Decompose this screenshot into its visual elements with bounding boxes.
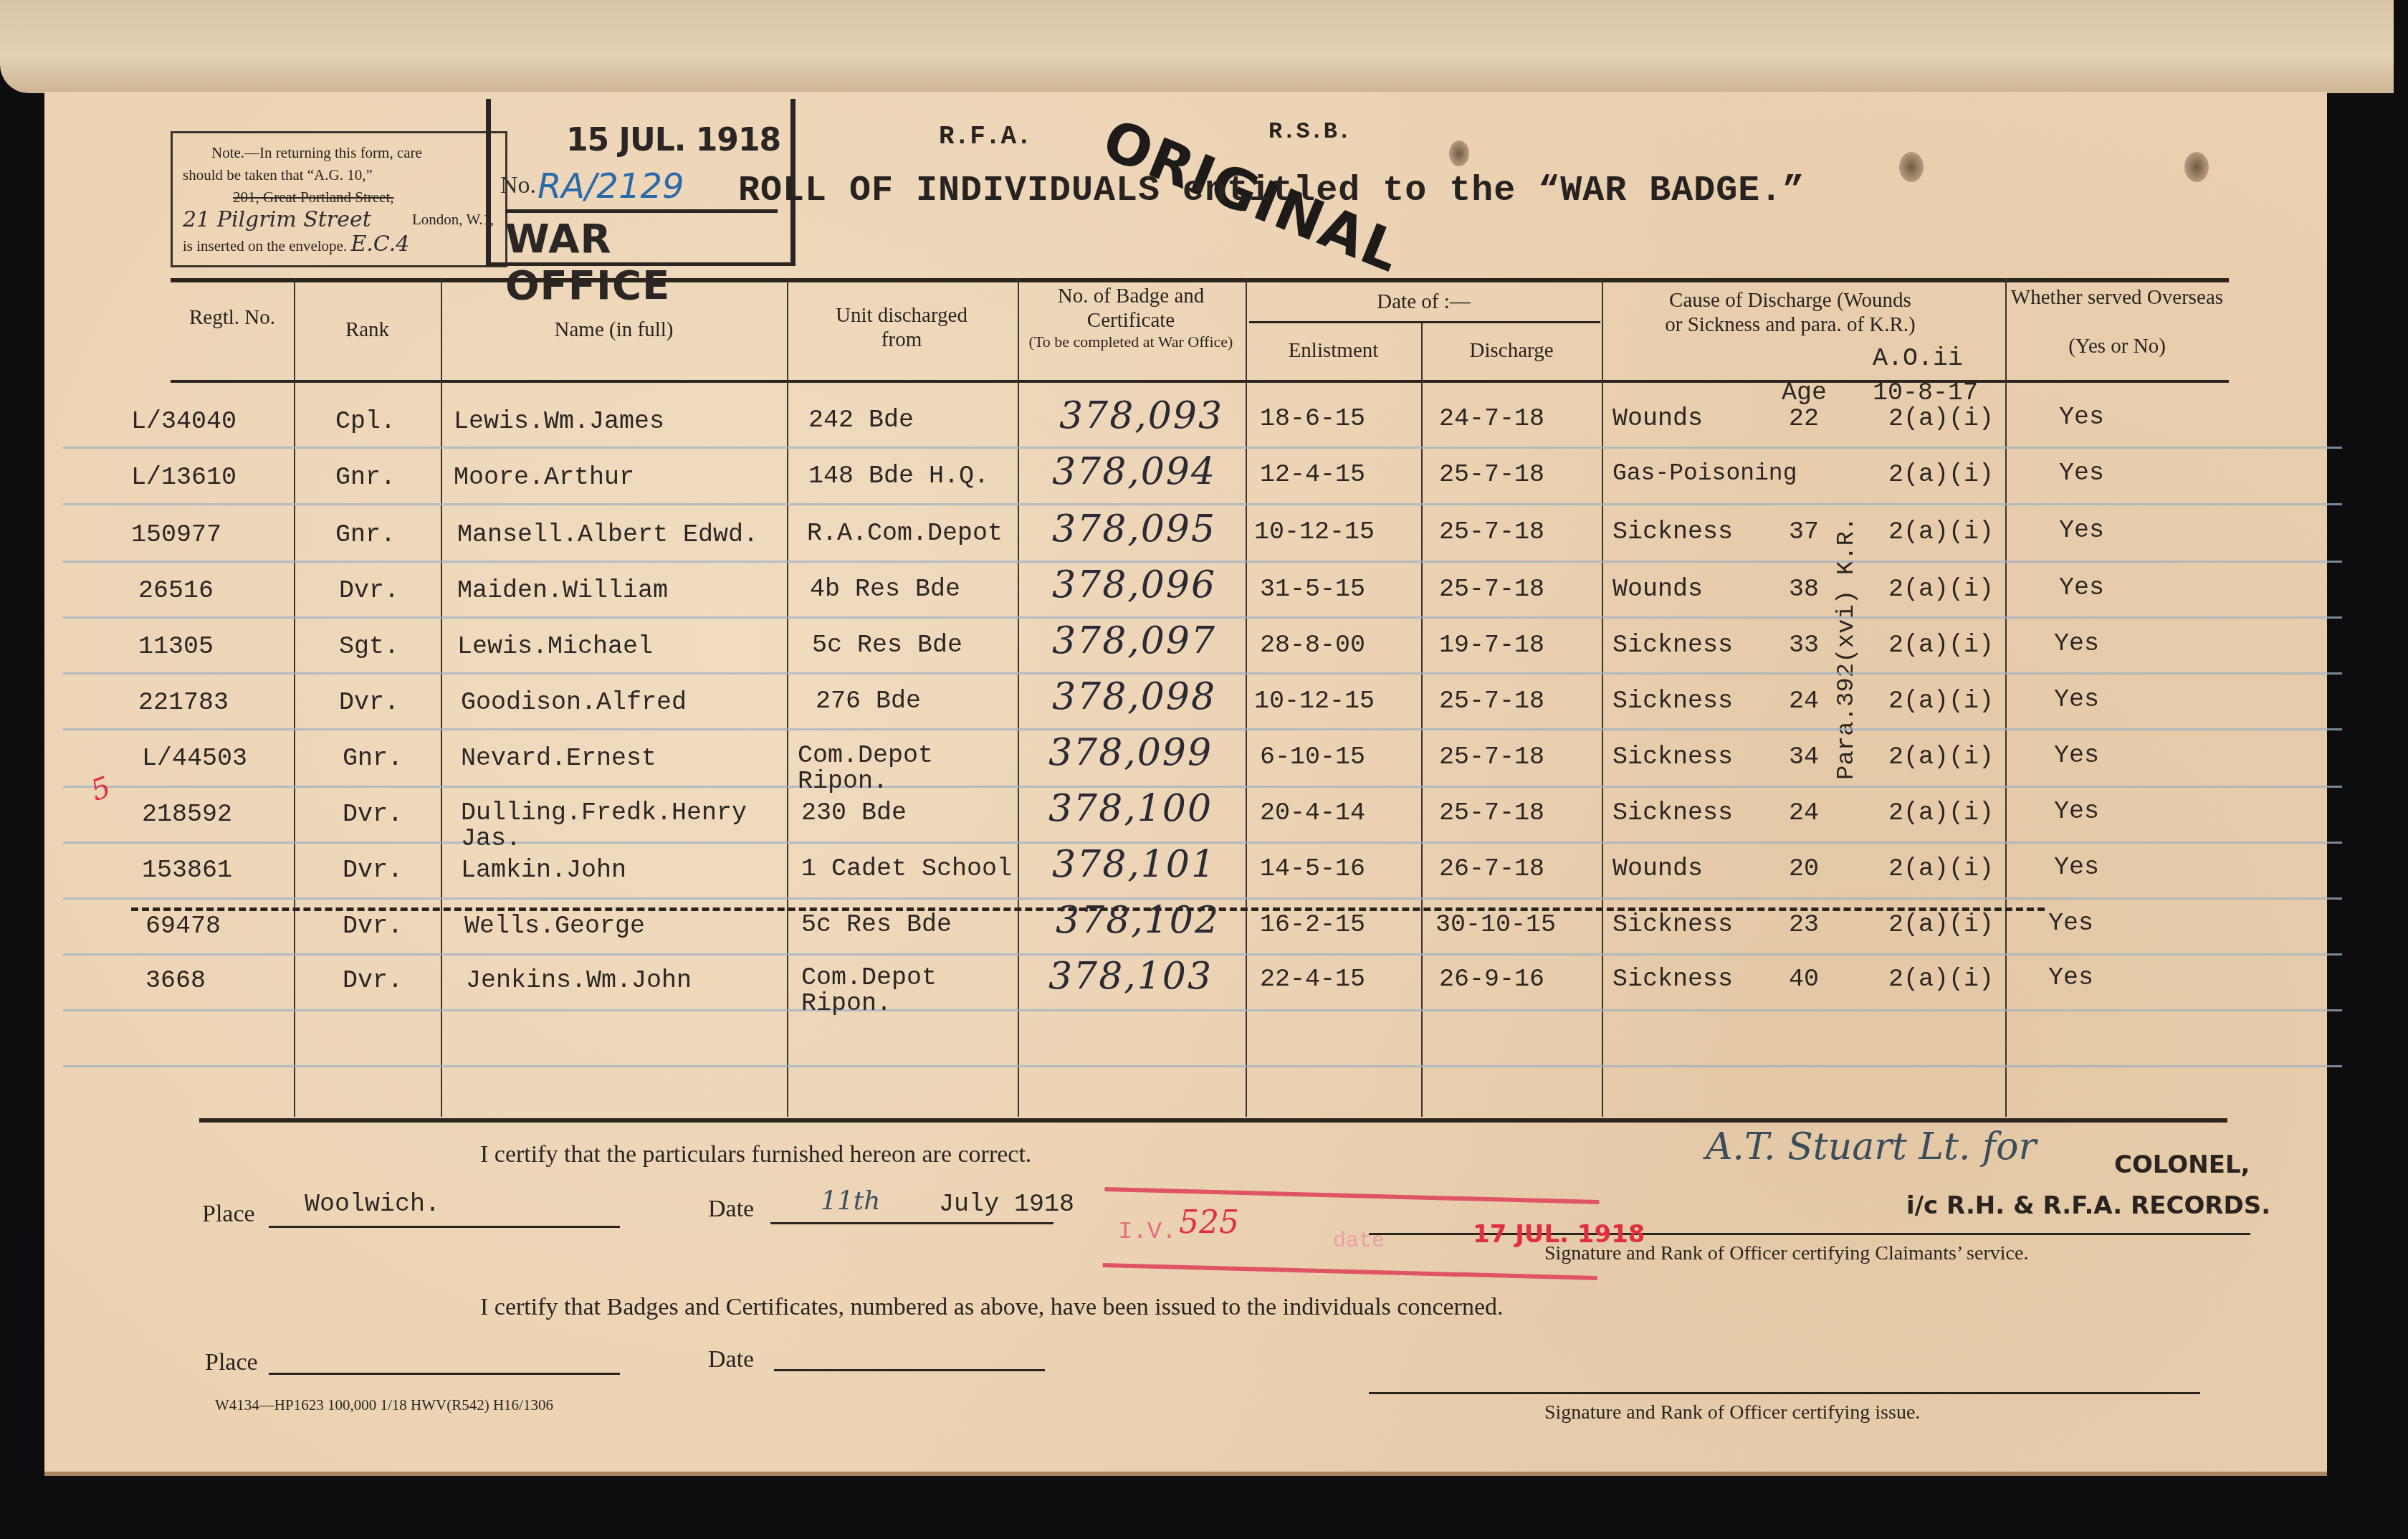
cell-rank: Gnr.: [335, 520, 396, 549]
cell-enlistment: 6-10-15: [1260, 743, 1365, 771]
date-label: Date: [708, 1196, 754, 1223]
cell-badge-no: 378,095: [1052, 508, 1216, 551]
war-badge-roll-table: Regtl. No. Rank Name (in full) Unit disc…: [171, 278, 2229, 1117]
cell-overseas: Yes: [2059, 573, 2104, 602]
cell-name: Dulling.Fredk.Henry Jas.: [461, 800, 798, 852]
cell-discharge: 24-7-18: [1439, 404, 1544, 433]
table-top-rule: [171, 278, 2229, 282]
cell-unit: 1 Cadet School: [801, 854, 1012, 883]
cell-para: 2(a)(i): [1888, 965, 1994, 994]
cell-cause: Sickness: [1612, 799, 1733, 827]
cell-overseas: Yes: [2048, 963, 2093, 992]
ruled-line: [63, 447, 2342, 449]
stamp-no-label: No.: [500, 172, 536, 199]
officer-office: i/c R.H. & R.F.A. RECORDS.: [1906, 1191, 2270, 1220]
cause-ao-annotation: A.O.ii: [1873, 344, 1963, 373]
header-name: Name (in full): [441, 318, 787, 342]
cell-unit: 230 Bde: [801, 799, 907, 827]
stamp-received-date: 17 JUL. 1918: [1473, 1220, 1645, 1249]
header-overseas-label: Whether served Overseas: [2011, 286, 2223, 309]
column-divider: [441, 278, 442, 1117]
cell-badge-no: 378,098: [1052, 675, 1216, 718]
cell-discharge: 19-7-18: [1439, 631, 1544, 659]
header-badge: No. of Badge and Certificate (To be comp…: [1023, 284, 1238, 351]
cell-unit: 5c Res Bde: [801, 910, 952, 939]
cell-rank: Dvr.: [343, 912, 403, 940]
cell-badge-no: 378,094: [1052, 450, 1216, 493]
header-cause: Cause of Discharge (Wounds or Sickness a…: [1661, 288, 1919, 337]
cell-enlistment: 14-5-16: [1260, 854, 1365, 883]
issue-signature-line[interactable]: [1369, 1392, 2200, 1394]
cell-regtl-no: 221783: [138, 688, 229, 717]
ruled-line: [63, 1009, 2342, 1011]
cell-cause: Wounds: [1612, 575, 1703, 604]
cell-name: Wells.George: [464, 912, 645, 940]
cell-age: 20: [1789, 854, 1819, 883]
header-enlistment: Enlistment: [1246, 338, 1421, 363]
cell-cause: Wounds: [1612, 404, 1703, 433]
place-label: Place: [202, 1201, 255, 1228]
cell-badge-no: 378,103: [1048, 955, 1213, 998]
cell-badge-no: 378,096: [1052, 563, 1216, 606]
cell-regtl-no: L/44503: [142, 744, 247, 773]
cell-cause: Sickness: [1612, 631, 1733, 659]
cell-age: 37: [1789, 518, 1819, 546]
cell-regtl-no: 150977: [131, 520, 221, 549]
cell-badge-no: 378,101: [1052, 843, 1216, 886]
cell-regtl-no: 26516: [138, 576, 214, 605]
punch-hole: [1449, 140, 1469, 166]
issue-date-label: Date: [708, 1346, 754, 1373]
certification-statement: I certify that the particulars furnished…: [480, 1141, 1031, 1168]
cell-unit: 276 Bde: [816, 687, 921, 715]
cell-name: Nevard.Ernest: [461, 744, 656, 773]
cell-cause: Gas-Poisoning: [1612, 460, 1797, 487]
cause-ao-date: 10-8-17: [1873, 378, 1978, 407]
cell-regtl-no: L/13610: [131, 463, 236, 492]
date-field-line: [770, 1222, 1053, 1224]
issue-place-label: Place: [205, 1349, 258, 1376]
cell-para: 2(a)(i): [1888, 854, 1994, 883]
cell-rank: Dvr.: [343, 856, 403, 885]
issue-certification-statement: I certify that Badges and Certificates, …: [480, 1294, 1504, 1321]
cell-name: Lewis.Michael: [457, 632, 653, 661]
cell-cause: Sickness: [1612, 518, 1733, 546]
cause-age-label: Age: [1782, 378, 1827, 407]
cell-age: 22: [1789, 404, 1819, 433]
cell-enlistment: 12-4-15: [1260, 460, 1365, 489]
note-line: should be taken that “A.G. 10,”: [183, 164, 495, 186]
cell-age: 34: [1789, 743, 1819, 771]
header-regtl-no: Regtl. No.: [171, 305, 294, 330]
cell-overseas: Yes: [2059, 403, 2104, 432]
cell-para: 2(a)(i): [1888, 687, 1994, 715]
issue-signature-caption: Signature and Rank of Officer certifying…: [1544, 1401, 1920, 1424]
return-note-box: Note.—In returning this form, care shoul…: [171, 131, 507, 267]
note-handwritten-postcode: E.C.4: [350, 232, 409, 257]
cell-enlistment: 31-5-15: [1260, 575, 1365, 604]
cell-age: 38: [1789, 575, 1819, 604]
header-unit: Unit discharged from: [816, 303, 988, 352]
cell-age: 24: [1789, 799, 1819, 827]
issue-date-field-line[interactable]: [774, 1369, 1045, 1371]
cell-enlistment: 16-2-15: [1260, 910, 1365, 939]
cell-regtl-no: 153861: [142, 856, 232, 885]
cell-overseas: Yes: [2059, 516, 2104, 545]
cell-rank: Sgt.: [339, 632, 399, 661]
header-date-of: Date of :—: [1246, 290, 1602, 314]
officer-signature: A.T. Stuart Lt. for: [1706, 1125, 2036, 1168]
cell-rank: Gnr.: [335, 463, 396, 492]
cell-cause: Sickness: [1612, 965, 1733, 994]
cell-age: 33: [1789, 631, 1819, 659]
cell-enlistment: 10-12-15: [1254, 687, 1375, 715]
cell-rank: Dvr.: [343, 966, 403, 995]
cell-cause: Wounds: [1612, 854, 1703, 883]
cell-para: 2(a)(i): [1888, 799, 1994, 827]
cell-unit: 4b Res Bde: [810, 575, 960, 604]
punch-hole: [2184, 152, 2209, 182]
date-of-subrule: [1249, 321, 1600, 323]
stamp-date: 15 JUL. 1918: [566, 122, 780, 158]
cell-rank: Dvr.: [339, 688, 399, 717]
page-title: ROLL OF INDIVIDUALS entitled to the “WAR…: [738, 171, 1805, 211]
cell-overseas: Yes: [2054, 629, 2099, 658]
stamp-date-label: date: [1333, 1229, 1385, 1254]
column-divider: [2005, 278, 2007, 1117]
note-line: London, W.1,: [412, 209, 494, 231]
cell-para: 2(a)(i): [1888, 460, 1994, 489]
cell-cause: Sickness: [1612, 743, 1733, 771]
cell-cause: Sickness: [1612, 910, 1733, 939]
date-day-handwritten[interactable]: 11th: [821, 1186, 880, 1216]
cell-rank: Gnr.: [343, 744, 403, 773]
cell-regtl-no: 218592: [142, 800, 232, 829]
cell-enlistment: 22-4-15: [1260, 965, 1365, 994]
cell-enlistment: 20-4-14: [1260, 799, 1365, 827]
cell-discharge: 25-7-18: [1439, 460, 1544, 489]
cell-name: Lewis.Wm.James: [454, 407, 664, 436]
ruled-line: [63, 561, 2342, 563]
cell-badge-no: 378,093: [1059, 394, 1223, 437]
form-code: W4134—HP1623 100,000 1/18 HWV(R542) H16/…: [215, 1396, 553, 1414]
stamp-reference-number: RA/2129: [537, 166, 684, 206]
cell-overseas: Yes: [2054, 797, 2099, 826]
officer-rank: COLONEL,: [2114, 1150, 2250, 1179]
cell-overseas: Yes: [2054, 685, 2099, 714]
place-value[interactable]: Woolwich.: [305, 1190, 440, 1219]
ruled-line: [63, 503, 2342, 505]
ruled-line: [63, 672, 2342, 675]
column-divider: [1602, 278, 1603, 1117]
cell-para: 2(a)(i): [1888, 631, 1994, 659]
ruled-line: [63, 1065, 2342, 1067]
note-handwritten-address: 21 Pilgrim Street: [183, 207, 371, 232]
cell-name: Moore.Arthur: [454, 463, 634, 492]
punch-hole: [1899, 152, 1924, 182]
stamp-iv-prefix: I.V.: [1118, 1219, 1177, 1246]
cell-regtl-no: 69478: [145, 912, 221, 940]
cell-name: Lamkin.John: [461, 856, 626, 885]
cell-name: Goodison.Alfred: [461, 688, 687, 717]
cell-discharge: 25-7-18: [1439, 518, 1544, 546]
cell-enlistment: 28-8-00: [1260, 631, 1365, 659]
cell-para: 2(a)(i): [1888, 910, 1994, 939]
unit-stamp: R.F.A.: [939, 122, 1032, 151]
column-divider: [1421, 321, 1423, 1117]
cell-badge-no: 378,097: [1052, 619, 1216, 662]
cell-name: Maiden.William: [457, 576, 668, 605]
header-rank: Rank: [294, 318, 441, 342]
cell-discharge: 25-7-18: [1439, 575, 1544, 604]
header-overseas-note: (Yes or No): [2068, 335, 2166, 358]
cell-discharge: 25-7-18: [1439, 799, 1544, 827]
stamp-iv-number: 525: [1179, 1204, 1239, 1241]
cell-discharge: 26-7-18: [1439, 854, 1544, 883]
date-value[interactable]: July 1918: [939, 1190, 1074, 1219]
column-divider: [787, 278, 788, 1117]
cell-para: 2(a)(i): [1888, 518, 1994, 546]
note-line: is inserted on the envelope.: [183, 237, 347, 254]
cell-rank: Dvr.: [339, 576, 399, 605]
cell-regtl-no: L/34040: [131, 407, 236, 436]
cell-badge-no: 378,102: [1056, 899, 1220, 942]
cause-kr-paragraph-vertical: Para.392(xvi) K.R.: [1833, 517, 1860, 780]
cell-unit: 148 Bde H.Q.: [808, 462, 989, 490]
column-divider: [1018, 278, 1019, 1117]
cell-enlistment: 18-6-15: [1260, 404, 1365, 433]
cell-para: 2(a)(i): [1888, 743, 1994, 771]
ruled-line: [63, 728, 2342, 730]
header-badge-label: No. of Badge and Certificate: [1058, 285, 1205, 332]
cell-overseas: Yes: [2054, 741, 2099, 770]
header-overseas: Whether served Overseas (Yes or No): [2005, 285, 2229, 358]
cell-para: 2(a)(i): [1888, 575, 1994, 604]
cell-unit: Com.Depot Ripon.: [798, 743, 941, 794]
column-divider: [1246, 278, 1247, 1117]
cell-rank: Cpl.: [335, 407, 396, 436]
cell-discharge: 30-10-15: [1435, 910, 1556, 939]
cell-age: 23: [1789, 910, 1819, 939]
cell-discharge: 26-9-16: [1439, 965, 1544, 994]
cell-unit: 5c Res Bde: [812, 631, 962, 659]
place-field-line: [269, 1226, 620, 1228]
cell-rank: Dvr.: [343, 800, 403, 829]
cell-unit: Com.Depot Ripon.: [801, 965, 945, 1016]
curled-page-top: [0, 0, 2394, 93]
cell-age: 24: [1789, 687, 1819, 715]
cell-unit: 242 Bde: [808, 406, 914, 434]
ruled-line: [63, 616, 2342, 619]
cell-badge-no: 378,100: [1048, 787, 1213, 830]
issue-place-field-line[interactable]: [269, 1373, 620, 1375]
cell-discharge: 25-7-18: [1439, 687, 1544, 715]
cell-regtl-no: 3668: [145, 966, 206, 995]
cell-regtl-no: 11305: [138, 632, 214, 661]
note-line: Note.—In returning this form, care: [183, 142, 495, 164]
note-struck-address: 201, Great Portland Street,: [183, 186, 495, 209]
table-bottom-rule: [199, 1118, 2227, 1123]
section-stamp: R.S.B.: [1268, 118, 1351, 145]
cell-para: 2(a)(i): [1888, 404, 1994, 433]
cell-name: Mansell.Albert Edwd.: [457, 520, 758, 549]
cell-unit: R.A.Com.Depot: [807, 519, 1003, 548]
cell-badge-no: 378,099: [1048, 731, 1213, 774]
cell-cause: Sickness: [1612, 687, 1733, 715]
cell-overseas: Yes: [2059, 459, 2104, 487]
cell-overseas: Yes: [2054, 853, 2099, 882]
header-discharge: Discharge: [1421, 338, 1602, 363]
cell-age: 40: [1789, 965, 1819, 994]
cell-discharge: 25-7-18: [1439, 743, 1544, 771]
cell-name: Jenkins.Wm.John: [466, 966, 692, 995]
cell-overseas: Yes: [2048, 909, 2093, 938]
column-divider: [294, 278, 295, 1117]
cell-enlistment: 10-12-15: [1254, 518, 1375, 546]
header-badge-note: (To be completed at War Office): [1023, 333, 1238, 351]
